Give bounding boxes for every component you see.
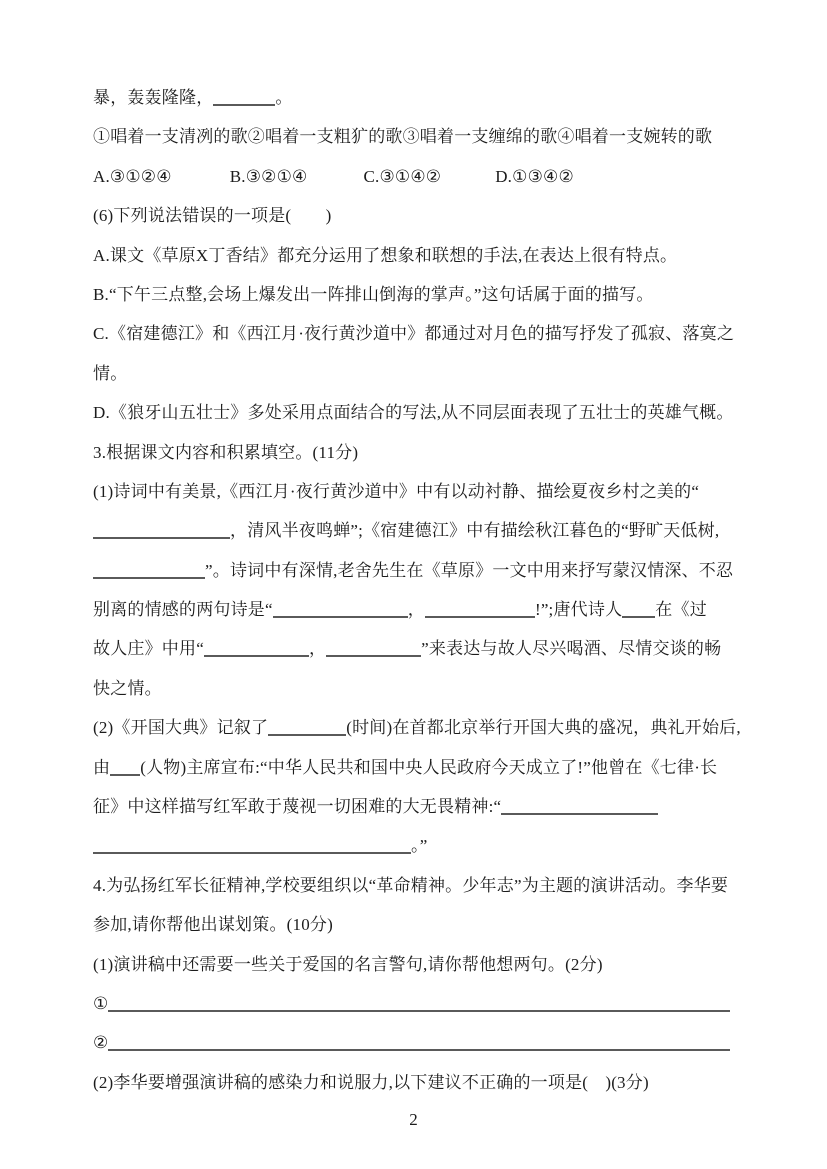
answer-blank [273,612,408,618]
text-line: 暴，轰轰隆隆，。 [93,78,743,117]
text-segment: (6)下列说法错误的一项是( ) [93,206,332,225]
text-line: 。” [93,826,743,865]
text-segment: 别离的情感的两句诗是“ [93,600,273,619]
text-segment: B.③②①④ [230,167,308,186]
text-segment: 参加,请你帮他出谋划策。(10分) [93,915,333,934]
text-line: C.《宿建德江》和《西江月·夜行黄沙道中》都通过对月色的描写抒发了孤寂、落寞之 [93,314,743,353]
text-segment: ， [408,600,425,619]
text-segment: C.《宿建德江》和《西江月·夜行黄沙道中》都通过对月色的描写抒发了孤寂、落寞之 [93,324,734,343]
text-segment: A.③①②④ [93,167,172,186]
text-segment: D.《狼牙山五壮士》多处采用点面结合的写法,从不同层面表现了五壮士的英雄气概。 [93,403,734,422]
answer-blank [326,651,421,657]
spacer [307,181,363,182]
text-segment: ”。诗词中有深情,老舍先生在《草原》一文中用来抒写蒙汉情深、不忍 [205,561,733,580]
text-line: 征》中这样描写红军敢于蔑视一切困难的大无畏精神:“ [93,787,743,826]
text-line: (2)李华要增强演讲稿的感染力和说服力,以下建议不正确的一项是( )(3分) [93,1063,743,1102]
text-segment: 情。 [93,364,127,383]
text-segment: 征》中这样描写红军敢于蔑视一切困难的大无畏精神:“ [93,797,501,816]
text-segment: 故人庄》中用“ [93,639,204,658]
text-segment: 暴，轰轰隆隆， [93,88,213,107]
spacer [172,181,230,182]
exam-paper-page: 暴，轰轰隆隆，。①唱着一支清冽的歌②唱着一支粗犷的歌③唱着一支缠绵的歌④唱着一支… [0,0,827,1169]
text-line: ① [93,984,743,1023]
text-segment: (2)李华要增强演讲稿的感染力和说服力,以下建议不正确的一项是( )(3分) [93,1073,649,1092]
answer-blank [204,651,309,657]
text-line: 3.根据课文内容和积累填空。(11分) [93,433,743,472]
document-content: 暴，轰轰隆隆，。①唱着一支清冽的歌②唱着一支粗犷的歌③唱着一支缠绵的歌④唱着一支… [93,78,743,1102]
text-segment: A.课文《草原X丁香结》都充分运用了想象和联想的手法,在表达上很有特点。 [93,246,677,265]
text-segment: !”;唐代诗人 [535,600,622,619]
answer-blank [108,1006,730,1012]
text-segment: ”来表达与故人尽兴喝酒、尽情交谈的畅 [421,639,721,658]
answer-blank [213,100,275,106]
text-line: (6)下列说法错误的一项是( ) [93,196,743,235]
page-number: 2 [0,1106,827,1134]
text-segment: (时间)在首都北京举行开国大典的盛况，典礼开始后, [346,718,741,737]
text-line: 由(人物)主席宣布:“中华人民共和国中央人民政府今天成立了!”他曾在《七律·长 [93,748,743,787]
text-segment: ，清风半夜鸣蝉”;《宿建德江》中有描绘秋江暮色的“野旷天低树, [230,521,719,540]
text-segment: ， [309,639,326,658]
text-line: ② [93,1023,743,1062]
text-segment: B.“下午三点整,会场上爆发出一阵排山倒海的掌声。”这句话属于面的描写。 [93,285,654,304]
text-segment: 4.为弘扬红军长征精神,学校要组织以“革命精神。少年志”为主题的演讲活动。李华要 [93,876,728,895]
text-segment: (1)诗词中有美景,《西江月·夜行黄沙道中》中有以动衬静、描绘夏夜乡村之美的“ [93,482,699,501]
text-segment: D.①③④② [495,167,574,186]
text-line: 别离的情感的两句诗是“，!”;唐代诗人在《过 [93,590,743,629]
text-segment: 在《过 [655,600,707,619]
text-segment: (1)演讲稿中还需要一些关于爱国的名言警句,请你帮他想两句。(2分) [93,955,603,974]
text-segment: 快之情。 [93,679,162,698]
text-line: B.“下午三点整,会场上爆发出一阵排山倒海的掌声。”这句话属于面的描写。 [93,275,743,314]
answer-blank [93,573,205,579]
text-line: 故人庄》中用“，”来表达与故人尽兴喝酒、尽情交谈的畅 [93,629,743,668]
answer-blank [268,730,346,736]
answer-blank [622,612,655,618]
text-line: ”。诗词中有深情,老舍先生在《草原》一文中用来抒写蒙汉情深、不忍 [93,551,743,590]
answer-blank [110,770,140,776]
text-line: 参加,请你帮他出谋划策。(10分) [93,905,743,944]
answer-blank [425,612,535,618]
text-line: A.课文《草原X丁香结》都充分运用了想象和联想的手法,在表达上很有特点。 [93,236,743,275]
text-segment: (2)《开国大典》记叙了 [93,718,268,737]
text-segment: ① [93,994,108,1013]
text-segment: 由 [93,758,110,777]
text-line: ①唱着一支清冽的歌②唱着一支粗犷的歌③唱着一支缠绵的歌④唱着一支婉转的歌 [93,117,743,156]
text-segment: C.③①④② [363,167,441,186]
text-segment: 3.根据课文内容和积累填空。(11分) [93,443,358,462]
text-segment: ② [93,1033,108,1052]
text-line: (2)《开国大典》记叙了(时间)在首都北京举行开国大典的盛况，典礼开始后, [93,708,743,747]
text-segment: 。 [275,88,292,107]
answer-blank [108,1045,730,1051]
text-line: (1)诗词中有美景,《西江月·夜行黄沙道中》中有以动衬静、描绘夏夜乡村之美的“ [93,472,743,511]
text-segment: ①唱着一支清冽的歌②唱着一支粗犷的歌③唱着一支缠绵的歌④唱着一支婉转的歌 [93,127,712,146]
spacer [441,181,495,182]
text-line: 情。 [93,354,743,393]
text-line: (1)演讲稿中还需要一些关于爱国的名言警句,请你帮他想两句。(2分) [93,945,743,984]
answer-blank [93,533,230,539]
text-line: ，清风半夜鸣蝉”;《宿建德江》中有描绘秋江暮色的“野旷天低树, [93,511,743,550]
answer-blank [501,809,658,815]
text-segment: (人物)主席宣布:“中华人民共和国中央人民政府今天成立了!”他曾在《七律·长 [140,758,717,777]
text-line: 4.为弘扬红军长征精神,学校要组织以“革命精神。少年志”为主题的演讲活动。李华要 [93,866,743,905]
answer-blank [93,848,411,854]
text-line: 快之情。 [93,669,743,708]
text-line: D.《狼牙山五壮士》多处采用点面结合的写法,从不同层面表现了五壮士的英雄气概。 [93,393,743,432]
text-segment: 。” [411,836,427,855]
text-line: A.③①②④B.③②①④C.③①④②D.①③④② [93,157,743,196]
